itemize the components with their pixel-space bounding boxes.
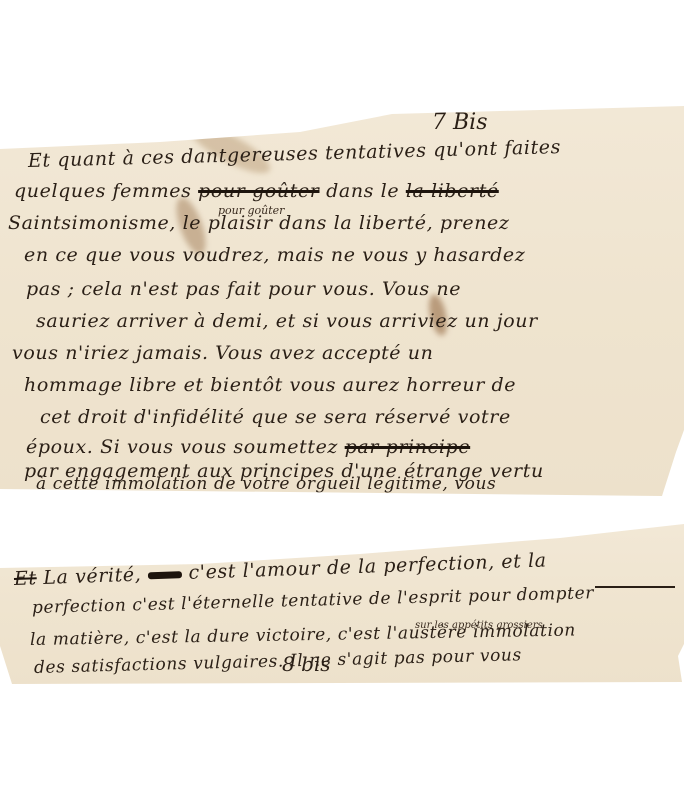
text-line-6: sauriez arriver à demi, et si vous arriv… xyxy=(36,310,538,332)
text-line-4: des satisfactions vulgaires. Il ne s'agi… xyxy=(34,645,522,678)
ink-blot xyxy=(148,571,182,579)
folio-mark-visible: 8 bis xyxy=(282,652,331,676)
text-segment: dans le xyxy=(326,180,399,202)
text-segment: La vérité, xyxy=(43,564,142,589)
text-line-9: cet droit d'infidélité que se sera réser… xyxy=(40,406,511,428)
text-segment: quelques femmes xyxy=(14,180,191,202)
text-line-1: Et La vérité, c'est l'amour de la perfec… xyxy=(14,549,547,590)
text-segment: Saintsimonisme, xyxy=(8,212,176,234)
manuscript-sheet-1: 7 Bis Et quant à ces dantgereuses tentat… xyxy=(0,106,684,498)
text-segment: époux. Si vous vous soumettez xyxy=(26,436,338,458)
text-line-10: époux. Si vous vous soumettez par princi… xyxy=(26,436,470,458)
page-number: 7 Bis xyxy=(432,110,487,135)
text-line-7: vous n'iriez jamais. Vous avez accepté u… xyxy=(12,342,433,364)
underline-stroke xyxy=(595,586,675,588)
text-line-3: Saintsimonisme, le plaisir dans la liber… xyxy=(8,212,510,234)
struck-text: par principe xyxy=(345,436,471,458)
text-segment: c'est l'amour de la perfection, et la xyxy=(188,549,547,583)
struck-text: Et xyxy=(14,567,37,590)
text-line-2: quelques femmes pour goûter dans le la l… xyxy=(14,180,499,202)
text-line-5: pas ; cela n'est pas fait pour vous. Vou… xyxy=(26,278,461,300)
text-line-2: perfection c'est l'éternelle tentative d… xyxy=(32,583,594,618)
text-segment: cet droit d'infidélité que se sera réser… xyxy=(40,406,511,428)
struck-text: pour goûter xyxy=(198,180,319,202)
text-line-12: à cette immolation de votre orgueil légi… xyxy=(36,474,496,494)
text-line-8: hommage libre et bientôt vous aurez horr… xyxy=(24,374,516,396)
text-line-1: Et quant à ces dantgereuses tentatives q… xyxy=(28,136,562,172)
struck-text: la liberté xyxy=(406,180,499,202)
text-segment: le plaisir dans la liberté, prenez xyxy=(183,212,510,234)
manuscript-sheet-2: Et La vérité, c'est l'amour de la perfec… xyxy=(0,524,684,686)
text-line-4: en ce que vous voudrez, mais ne vous y h… xyxy=(24,244,525,266)
